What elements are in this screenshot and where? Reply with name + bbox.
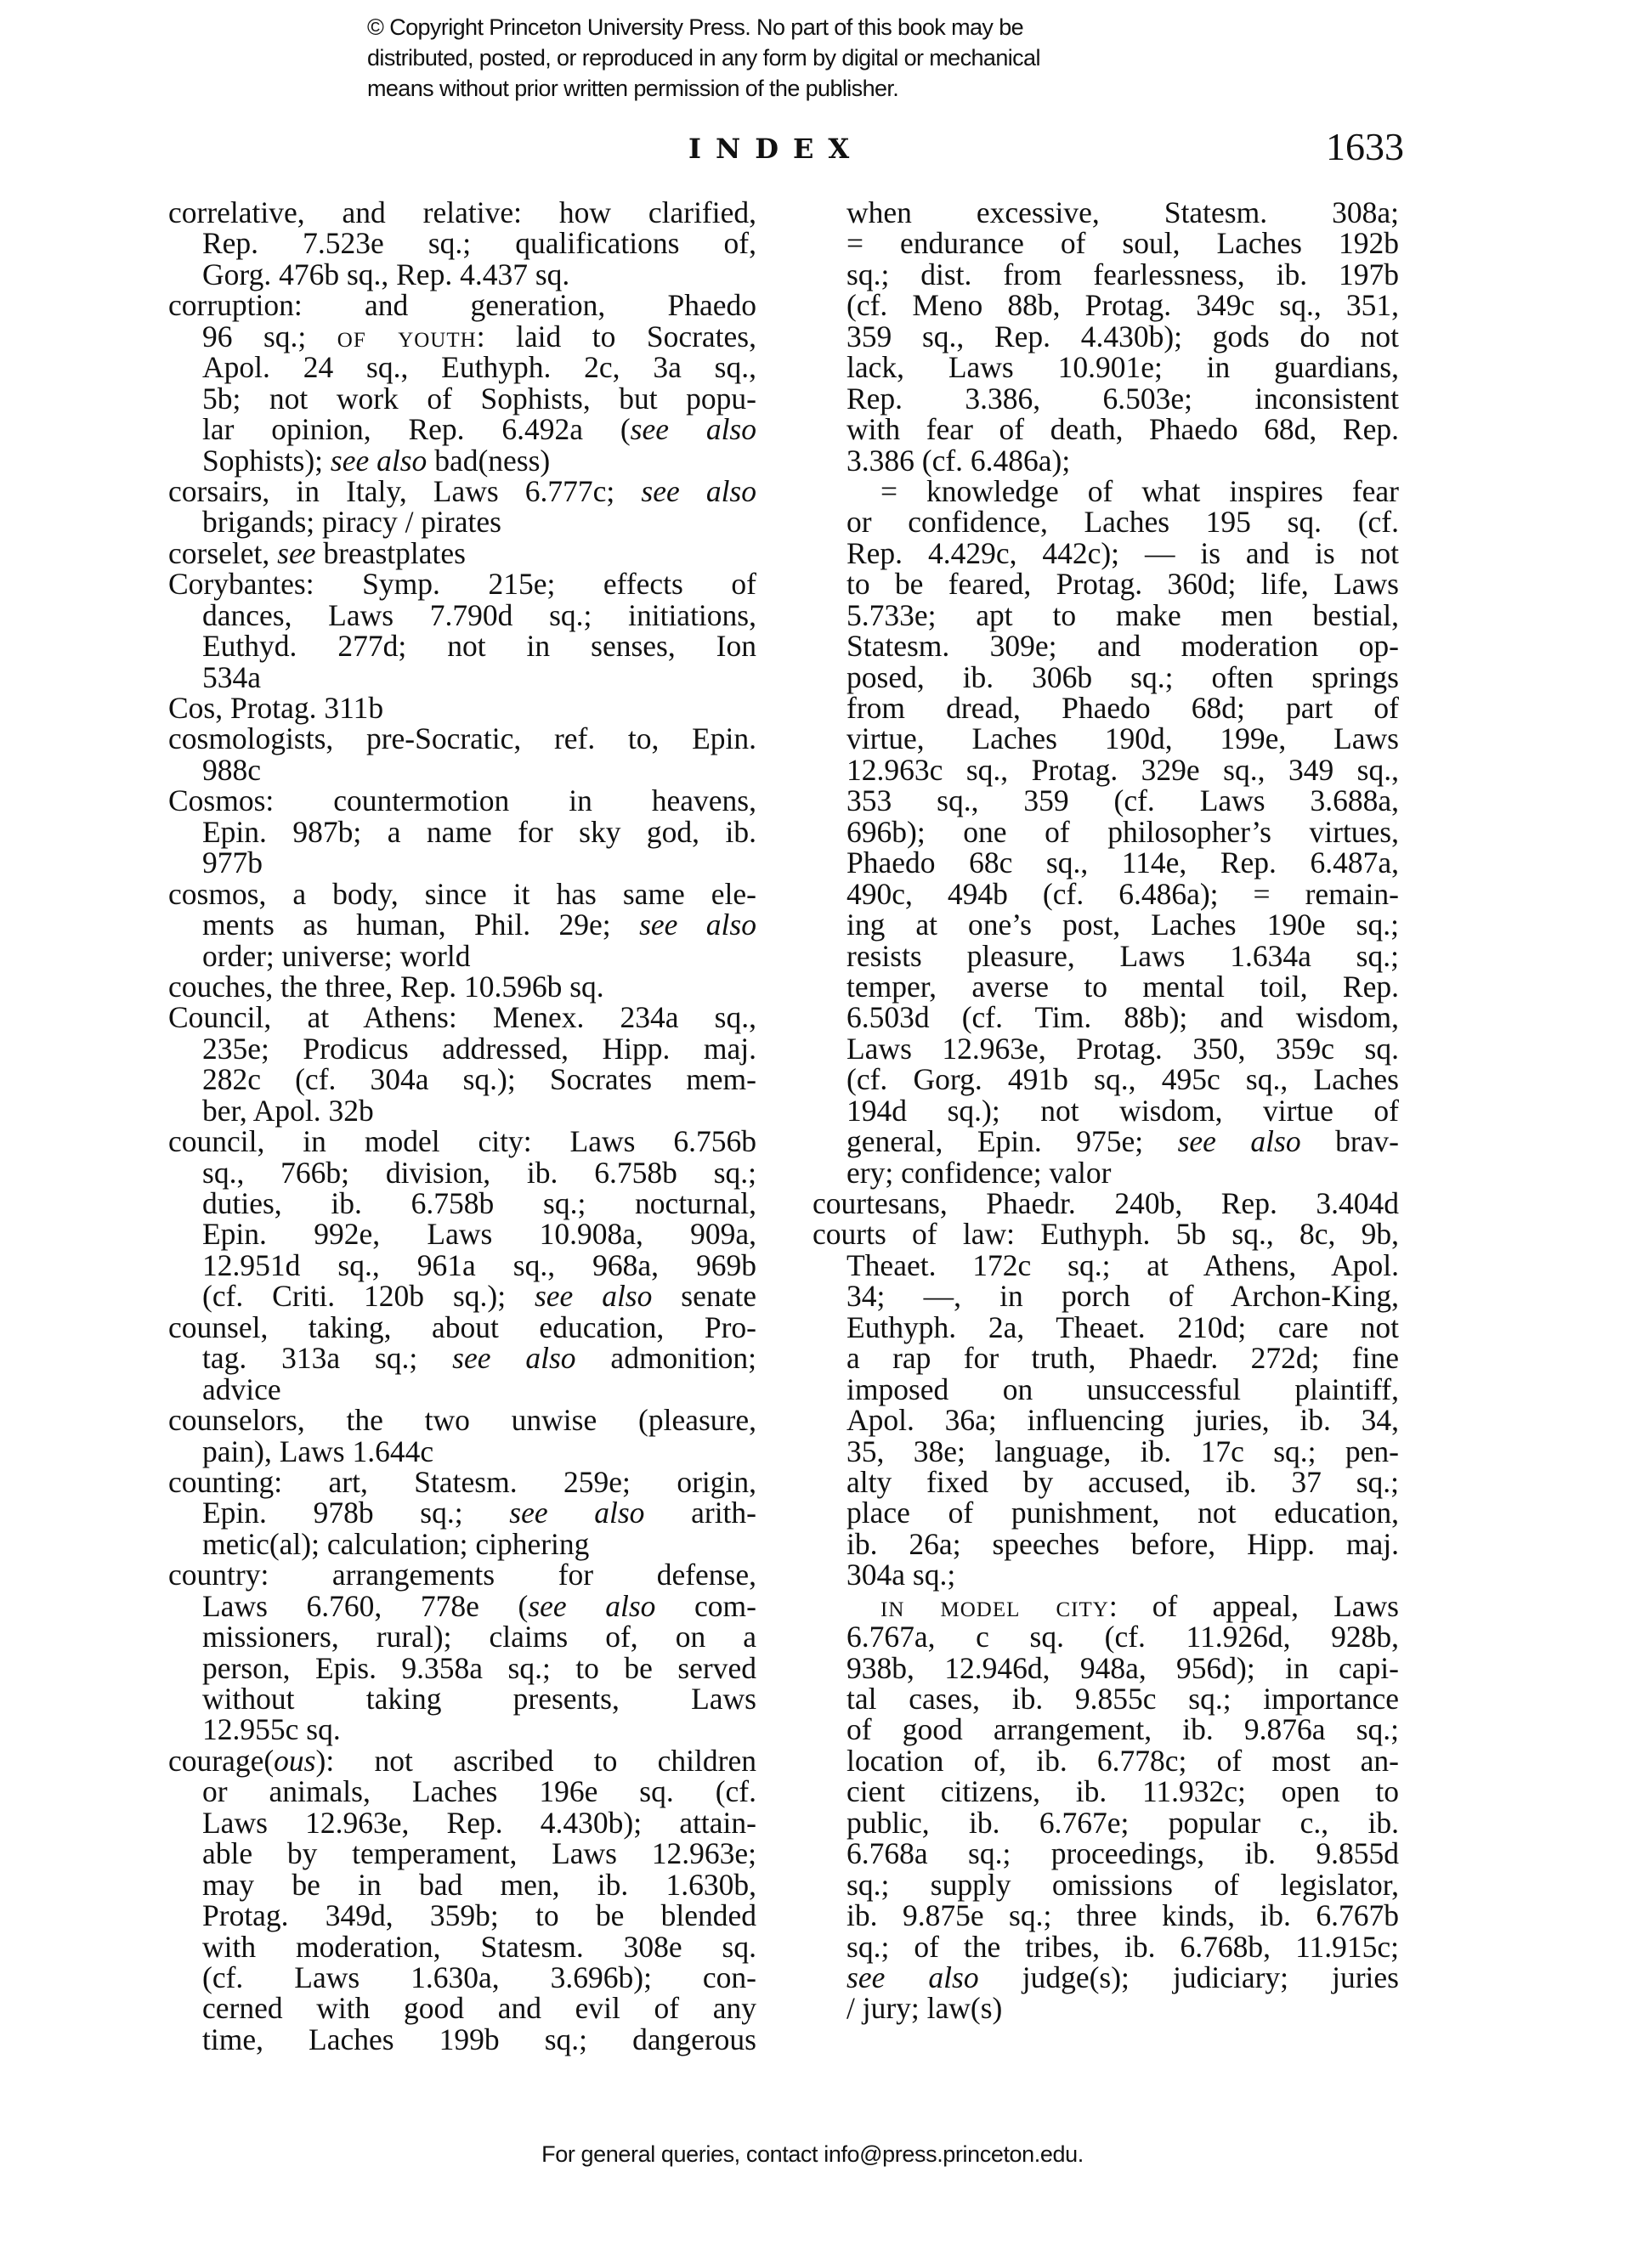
index-line: location of, ib. 6.778c; of most an- [812, 1745, 1399, 1776]
index-line: courtesans, Phaedr. 240b, Rep. 3.404d [812, 1188, 1399, 1219]
text-run: time, Laches 199b sq.; dangerous [202, 2022, 756, 2056]
italic-text: see also [1178, 1124, 1301, 1158]
text-run: (cf. Gorg. 491b sq., 495c sq., Laches [846, 1062, 1399, 1096]
text-run: counting: art, Statesm. 259e; origin, [168, 1465, 756, 1499]
text-run: location of, ib. 6.778c; of most an- [846, 1744, 1399, 1778]
text-run: counsel, taking, about education, Pro- [168, 1310, 756, 1344]
index-line: Laws 6.760, 778e (see also com- [168, 1591, 756, 1621]
index-line: posed, ib. 306b sq.; often springs [812, 662, 1399, 693]
index-line: pain), Laws 1.644c [168, 1436, 756, 1467]
index-line: ib. 26a; speeches before, Hipp. maj. [812, 1529, 1399, 1559]
index-line: a rap for truth, Phaedr. 272d; fine [812, 1343, 1399, 1373]
text-run: 977b [202, 846, 263, 879]
text-run: Theaet. 172c sq.; at Athens, Apol. [846, 1248, 1399, 1282]
index-line: time, Laches 199b sq.; dangerous [168, 2024, 756, 2055]
index-line: 359 sq., Rep. 4.430b); gods do not [812, 321, 1399, 352]
index-line: couches, the three, Rep. 10.596b sq. [168, 971, 756, 1002]
text-run: 696b); one of philosopher’s virtues, [846, 815, 1399, 849]
index-line: of good arrangement, ib. 9.876a sq.; [812, 1714, 1399, 1745]
text-run: (cf. Laws 1.630a, 3.696b); con- [202, 1960, 756, 1994]
text-run: Apol. 24 sq., Euthyph. 2c, 3a sq., [202, 350, 756, 384]
index-line: Epin. 978b sq.; see also arith- [168, 1497, 756, 1528]
copyright-line: means without prior written permission o… [367, 73, 1183, 104]
index-line: sq.; dist. from fearlessness, ib. 197b [812, 259, 1399, 290]
index-line: cient citizens, ib. 11.932c; open to [812, 1776, 1399, 1807]
text-run: corruption: and generation, Phaedo [168, 288, 756, 322]
text-run: general, Epin. 975e; [846, 1124, 1178, 1158]
italic-text: see also [639, 908, 756, 942]
text-run: arith- [644, 1496, 756, 1530]
index-line: Laws 12.963e, Rep. 4.430b); attain- [168, 1807, 756, 1838]
index-line: corselet, see breastplates [168, 538, 756, 568]
index-line: 194d sq.); not wisdom, virtue of [812, 1095, 1399, 1126]
index-line: metic(al); calculation; ciphering [168, 1529, 756, 1559]
index-line: Council, at Athens: Menex. 234a sq., [168, 1002, 756, 1032]
text-run: cosmos, a body, since it has same ele- [168, 877, 756, 911]
text-run: counselors, the two unwise (pleasure, [168, 1403, 756, 1437]
text-run: resists pleasure, Laws 1.634a sq.; [846, 939, 1399, 973]
text-run: pain), Laws 1.644c [202, 1434, 433, 1468]
text-run: ib. 26a; speeches before, Hipp. maj. [846, 1527, 1399, 1561]
text-run: without taking presents, Laws [202, 1682, 756, 1716]
italic-text: see also [528, 1589, 655, 1623]
text-run: 6.503d (cf. Tim. 88b); and wisdom, [846, 1000, 1399, 1034]
text-run: lack, Laws 10.901e; in guardians, [846, 350, 1399, 384]
text-run: Corybantes: Symp. 215e; effects of [168, 567, 756, 601]
index-line: Cos, Protag. 311b [168, 693, 756, 723]
text-run: 35, 38e; language, ib. 17c sq.; pen- [846, 1434, 1399, 1468]
index-line: ments as human, Phil. 29e; see also [168, 909, 756, 940]
text-run: couches, the three, Rep. 10.596b sq. [168, 970, 604, 1004]
text-run: 6.767a, c sq. (cf. 11.926d, 928b, [846, 1620, 1399, 1654]
index-line: 304a sq.; [812, 1559, 1399, 1590]
index-line: = knowledge of what inspires fear [812, 476, 1399, 506]
text-run: sq.; of the tribes, ib. 6.768b, 11.915c; [846, 1930, 1399, 1964]
text-run: correlative, and relative: how clarified… [168, 195, 756, 229]
index-line: Euthyph. 2a, Theaet. 210d; care not [812, 1312, 1399, 1343]
index-line: duties, ib. 6.758b sq.; nocturnal, [168, 1188, 756, 1219]
text-run: a rap for truth, Phaedr. 272d; fine [846, 1341, 1399, 1375]
index-line: 12.951d sq., 961a sq., 968a, 969b [168, 1250, 756, 1281]
text-run: Protag. 349d, 359b; to be blended [202, 1898, 756, 1932]
index-line: Phaedo 68c sq., 114e, Rep. 6.487a, [812, 847, 1399, 878]
text-run: of good arrangement, ib. 9.876a sq.; [846, 1712, 1399, 1746]
index-line: 6.503d (cf. Tim. 88b); and wisdom, [812, 1002, 1399, 1032]
index-line: Theaet. 172c sq.; at Athens, Apol. [812, 1250, 1399, 1281]
copyright-line: distributed, posted, or reproduced in an… [367, 42, 1183, 73]
text-run: brigands; piracy / pirates [202, 505, 501, 539]
index-line: 5.733e; apt to make men bestial, [812, 600, 1399, 631]
text-run: when excessive, Statesm. 308a; [846, 195, 1399, 229]
text-run: Epin. 992e, Laws 10.908a, 909a, [202, 1217, 756, 1251]
index-line: Laws 12.963e, Protag. 350, 359c sq. [812, 1033, 1399, 1064]
index-line: 353 sq., 359 (cf. Laws 3.688a, [812, 785, 1399, 816]
index-line: tal cases, ib. 9.855c sq.; importance [812, 1683, 1399, 1714]
text-run: missioners, rural); claims of, on a [202, 1620, 756, 1654]
index-line: Euthyd. 277d; not in senses, Ion [168, 631, 756, 661]
running-title: INDEX [688, 133, 863, 165]
text-run: Laws 12.963e, Rep. 4.430b); attain- [202, 1806, 756, 1840]
text-run: metic(al); calculation; ciphering [202, 1527, 589, 1561]
index-line: = endurance of soul, Laches 192b [812, 228, 1399, 258]
text-run: sq.; supply omissions of legislator, [846, 1868, 1399, 1902]
text-run: Sophists); [202, 444, 331, 478]
text-run: cient citizens, ib. 11.932c; open to [846, 1774, 1399, 1808]
index-line: counsel, taking, about education, Pro- [168, 1312, 756, 1343]
index-line: lack, Laws 10.901e; in guardians, [812, 352, 1399, 382]
index-line: ber, Apol. 32b [168, 1095, 756, 1126]
footer-contact: For general queries, contact info@press.… [0, 2141, 1625, 2168]
index-line: 34; —, in porch of Archon-King, [812, 1281, 1399, 1311]
index-line: Rep. 7.523e sq.; qualifications of, [168, 228, 756, 258]
index-line: without taking presents, Laws [168, 1683, 756, 1714]
text-run: 6.768a sq.; proceedings, ib. 9.855d [846, 1836, 1399, 1870]
index-line: 696b); one of philosopher’s virtues, [812, 817, 1399, 847]
index-line: sq., 766b; division, ib. 6.758b sq.; [168, 1157, 756, 1188]
index-line: country: arrangements for defense, [168, 1559, 756, 1590]
index-line: ery; confidence; valor [812, 1157, 1399, 1188]
index-line: alty fixed by accused, ib. 37 sq.; [812, 1467, 1399, 1497]
index-line: lar opinion, Rep. 6.492a (see also [168, 414, 756, 444]
text-run: 359 sq., Rep. 4.430b); gods do not [846, 320, 1399, 353]
text-run: ib. 9.875e sq.; three kinds, ib. 6.767b [846, 1898, 1399, 1932]
index-line: order; universe; world [168, 941, 756, 971]
text-run: = knowledge of what inspires fear [880, 474, 1399, 508]
italic-text: see also [331, 444, 427, 478]
text-run: ber, Apol. 32b [202, 1094, 374, 1128]
index-line: see also judge(s); judiciary; juries [812, 1962, 1399, 1993]
text-run: advice [202, 1372, 281, 1406]
text-run: lar opinion, Rep. 6.492a ( [202, 412, 631, 446]
text-run: Phaedo 68c sq., 114e, Rep. 6.487a, [846, 846, 1399, 879]
index-line: Sophists); see also bad(ness) [168, 445, 756, 476]
text-run: or animals, Laches 196e sq. (cf. [202, 1774, 756, 1808]
index-line: Rep. 4.429c, 442c); — is and is not [812, 538, 1399, 568]
index-line: correlative, and relative: how clarified… [168, 197, 756, 228]
text-run: 490c, 494b (cf. 6.486a); = remain- [846, 877, 1399, 911]
text-run: 282c (cf. 304a sq.); Socrates mem- [202, 1062, 756, 1096]
index-line: corruption: and generation, Phaedo [168, 290, 756, 320]
text-run: 12.963c sq., Protag. 329e sq., 349 sq., [846, 753, 1399, 787]
text-run: breastplates [315, 536, 465, 570]
text-run: courtesans, Phaedr. 240b, Rep. 3.404d [812, 1186, 1399, 1220]
text-run: brav- [1301, 1124, 1399, 1158]
text-run: 12.955c sq. [202, 1712, 341, 1746]
index-line: Gorg. 476b sq., Rep. 4.437 sq. [168, 259, 756, 290]
index-line: ib. 9.875e sq.; three kinds, ib. 6.767b [812, 1900, 1399, 1931]
copyright-notice: © Copyright Princeton University Press. … [367, 12, 1183, 104]
text-run: alty fixed by accused, ib. 37 sq.; [846, 1465, 1399, 1499]
index-line: advice [168, 1374, 756, 1405]
text-run: 96 sq.; [202, 320, 337, 353]
text-run: sq.; dist. from fearlessness, ib. 197b [846, 257, 1399, 291]
index-line: 5b; not work of Sophists, but popu- [168, 383, 756, 414]
index-line: (cf. Criti. 120b sq.); see also senate [168, 1281, 756, 1311]
text-run: corsairs, in Italy, Laws 6.777c; [168, 474, 641, 508]
index-line: person, Epis. 9.358a sq.; to be served [168, 1653, 756, 1683]
text-run: admonition; [576, 1341, 756, 1375]
index-line: able by temperament, Laws 12.963e; [168, 1838, 756, 1869]
text-run: with fear of death, Phaedo 68d, Rep. [846, 412, 1399, 446]
text-run: to be feared, Protag. 360d; life, Laws [846, 567, 1399, 601]
index-line: sq.; supply omissions of legislator, [812, 1869, 1399, 1900]
text-run: Rep. 7.523e sq.; qualifications of, [202, 226, 756, 260]
index-line: temper, averse to mental toil, Rep. [812, 971, 1399, 1002]
index-line: with moderation, Statesm. 308e sq. [168, 1931, 756, 1962]
index-line: Apol. 36a; influencing juries, ib. 34, [812, 1405, 1399, 1435]
text-run: virtue, Laches 190d, 199e, Laws [846, 721, 1399, 755]
index-line: from dread, Phaedo 68d; part of [812, 693, 1399, 723]
italic-text: ous [274, 1744, 315, 1778]
index-line: Apol. 24 sq., Euthyph. 2c, 3a sq., [168, 352, 756, 382]
text-run: ery; confidence; valor [846, 1156, 1111, 1190]
text-run: ing at one’s post, Laches 190e sq.; [846, 908, 1399, 942]
text-run: Epin. 987b; a name for sky god, ib. [202, 815, 756, 849]
text-run: (cf. Meno 88b, Protag. 349c sq., 351, [846, 288, 1399, 322]
text-run: Epin. 978b sq.; [202, 1496, 509, 1530]
italic-text: see also [641, 474, 756, 508]
index-line: public, ib. 6.767e; popular c., ib. [812, 1807, 1399, 1838]
small-caps-text: in model city [880, 1589, 1109, 1623]
text-run: Council, at Athens: Menex. 234a sq., [168, 1000, 756, 1034]
italic-text: see also [631, 412, 756, 446]
index-line: 235e; Prodicus addressed, Hipp. maj. [168, 1033, 756, 1064]
text-run: 194d sq.); not wisdom, virtue of [846, 1094, 1399, 1128]
index-line: 12.963c sq., Protag. 329e sq., 349 sq., [812, 755, 1399, 785]
index-line: or animals, Laches 196e sq. (cf. [168, 1776, 756, 1807]
index-line: 977b [168, 847, 756, 878]
text-run: cerned with good and evil of any [202, 1991, 756, 2025]
text-run: courts of law: Euthyph. 5b sq., 8c, 9b, [812, 1217, 1399, 1251]
text-run: ments as human, Phil. 29e; [202, 908, 639, 942]
italic-text: see [277, 536, 315, 570]
index-line: counting: art, Statesm. 259e; origin, [168, 1467, 756, 1497]
text-run: 988c [202, 753, 261, 787]
text-run: 304a sq.; [846, 1558, 955, 1592]
index-line: (cf. Laws 1.630a, 3.696b); con- [168, 1962, 756, 1993]
text-run: Cos, Protag. 311b [168, 691, 383, 725]
text-run: 5b; not work of Sophists, but popu- [202, 382, 756, 416]
text-run: bad(ness) [427, 444, 550, 478]
text-run: courage( [168, 1744, 274, 1778]
index-line: or confidence, Laches 195 sq. (cf. [812, 506, 1399, 537]
index-line: Epin. 987b; a name for sky god, ib. [168, 817, 756, 847]
text-run: 3.386 (cf. 6.486a); [846, 444, 1070, 478]
index-line: courts of law: Euthyph. 5b sq., 8c, 9b, [812, 1219, 1399, 1249]
page-number: 1633 [1326, 124, 1404, 169]
index-line: 12.955c sq. [168, 1714, 756, 1745]
italic-text: see also [509, 1496, 644, 1530]
text-run: duties, ib. 6.758b sq.; nocturnal, [202, 1186, 756, 1220]
text-run: senate [652, 1279, 756, 1313]
index-line: 534a [168, 662, 756, 693]
text-run: Rep. 3.386, 6.503e; inconsistent [846, 382, 1399, 416]
text-run: may be in bad men, ib. 1.630b, [202, 1868, 756, 1902]
index-line: 282c (cf. 304a sq.); Socrates mem- [168, 1064, 756, 1094]
text-run: with moderation, Statesm. 308e sq. [202, 1930, 756, 1964]
index-line: Epin. 992e, Laws 10.908a, 909a, [168, 1219, 756, 1249]
index-line: virtue, Laches 190d, 199e, Laws [812, 723, 1399, 754]
text-run: 5.733e; apt to make men bestial, [846, 598, 1399, 632]
index-line: 490c, 494b (cf. 6.486a); = remain- [812, 879, 1399, 909]
index-line: 938b, 12.946d, 948a, 956d); in capi- [812, 1653, 1399, 1683]
text-run: Euthyd. 277d; not in senses, Ion [202, 629, 756, 663]
text-run: Laws 6.760, 778e ( [202, 1589, 528, 1623]
text-run: public, ib. 6.767e; popular c., ib. [846, 1806, 1399, 1840]
index-column-right: when excessive, Statesm. 308a;= enduranc… [812, 197, 1399, 2024]
index-line: when excessive, Statesm. 308a; [812, 197, 1399, 228]
index-line: 35, 38e; language, ib. 17c sq.; pen- [812, 1436, 1399, 1467]
text-run: cosmologists, pre-Socratic, ref. to, Epi… [168, 721, 756, 755]
text-run: order; universe; world [202, 939, 470, 973]
text-run: com- [655, 1589, 756, 1623]
index-line: imposed on unsuccessful plaintiff, [812, 1374, 1399, 1405]
index-line: (cf. Gorg. 491b sq., 495c sq., Laches [812, 1064, 1399, 1094]
index-line: general, Epin. 975e; see also brav- [812, 1126, 1399, 1157]
copyright-line: © Copyright Princeton University Press. … [367, 12, 1183, 42]
text-run: corselet, [168, 536, 277, 570]
index-line: in model city: of appeal, Laws [812, 1591, 1399, 1621]
index-line: place of punishment, not education, [812, 1497, 1399, 1528]
index-line: (cf. Meno 88b, Protag. 349c sq., 351, [812, 290, 1399, 320]
italic-text: see also [846, 1960, 979, 1994]
text-run: Rep. 4.429c, 442c); — is and is not [846, 536, 1399, 570]
text-run: tag. 313a sq.; [202, 1341, 452, 1375]
text-run: dances, Laws 7.790d sq.; initiations, [202, 598, 756, 632]
text-run: country: arrangements for defense, [168, 1558, 756, 1592]
text-run: ): not ascribed to children [316, 1744, 757, 1778]
index-line: council, in model city: Laws 6.756b [168, 1126, 756, 1157]
text-run: 235e; Prodicus addressed, Hipp. maj. [202, 1032, 756, 1066]
index-line: Protag. 349d, 359b; to be blended [168, 1900, 756, 1931]
index-line: cerned with good and evil of any [168, 1993, 756, 2023]
index-line: missioners, rural); claims of, on a [168, 1621, 756, 1652]
index-column-left: correlative, and relative: how clarified… [168, 197, 756, 2055]
text-run: Gorg. 476b sq., Rep. 4.437 sq. [202, 257, 569, 291]
index-line: sq.; of the tribes, ib. 6.768b, 11.915c; [812, 1931, 1399, 1962]
text-run: sq., 766b; division, ib. 6.758b sq.; [202, 1156, 756, 1190]
text-run: 353 sq., 359 (cf. Laws 3.688a, [846, 783, 1399, 817]
text-run: from dread, Phaedo 68d; part of [846, 691, 1399, 725]
text-run: 12.951d sq., 961a sq., 968a, 969b [202, 1248, 756, 1282]
italic-text: see also [535, 1279, 652, 1313]
index-line: courage(ous): not ascribed to children [168, 1745, 756, 1776]
text-run: place of punishment, not education, [846, 1496, 1399, 1530]
text-run: Laws 12.963e, Protag. 350, 359c sq. [846, 1032, 1399, 1066]
text-run: = endurance of soul, Laches 192b [846, 226, 1399, 260]
text-run: 534a [202, 660, 261, 694]
index-line: resists pleasure, Laws 1.634a sq.; [812, 941, 1399, 971]
index-line: counselors, the two unwise (pleasure, [168, 1405, 756, 1435]
text-run: imposed on unsuccessful plaintiff, [846, 1372, 1399, 1406]
text-run: Apol. 36a; influencing juries, ib. 34, [846, 1403, 1399, 1437]
small-caps-text: of youth [337, 320, 477, 353]
index-line: 3.386 (cf. 6.486a); [812, 445, 1399, 476]
text-run: person, Epis. 9.358a sq.; to be served [202, 1651, 756, 1685]
text-run: : laid to Socrates, [477, 320, 756, 353]
text-run: : of appeal, Laws [1109, 1589, 1399, 1623]
index-line: with fear of death, Phaedo 68d, Rep. [812, 414, 1399, 444]
italic-text: see also [452, 1341, 575, 1375]
text-run: temper, averse to mental toil, Rep. [846, 970, 1399, 1004]
index-line: 96 sq.; of youth: laid to Socrates, [168, 321, 756, 352]
index-line: Corybantes: Symp. 215e; effects of [168, 568, 756, 599]
text-run: tal cases, ib. 9.855c sq.; importance [846, 1682, 1399, 1716]
text-run: Cosmos: countermotion in heavens, [168, 783, 756, 817]
index-line: tag. 313a sq.; see also admonition; [168, 1343, 756, 1373]
text-run: able by temperament, Laws 12.963e; [202, 1836, 756, 1870]
text-run: judge(s); judiciary; juries [979, 1960, 1399, 1994]
text-run: posed, ib. 306b sq.; often springs [846, 660, 1399, 694]
index-line: may be in bad men, ib. 1.630b, [168, 1869, 756, 1900]
running-head: INDEX 1633 [0, 127, 1625, 178]
text-run: or confidence, Laches 195 sq. (cf. [846, 505, 1399, 539]
text-run: Statesm. 309e; and moderation op- [846, 629, 1399, 663]
text-run: 938b, 12.946d, 948a, 956d); in capi- [846, 1651, 1399, 1685]
text-run: council, in model city: Laws 6.756b [168, 1124, 756, 1158]
index-line: to be feared, Protag. 360d; life, Laws [812, 568, 1399, 599]
index-line: Cosmos: countermotion in heavens, [168, 785, 756, 816]
index-line: 6.767a, c sq. (cf. 11.926d, 928b, [812, 1621, 1399, 1652]
index-line: ing at one’s post, Laches 190e sq.; [812, 909, 1399, 940]
index-line: corsairs, in Italy, Laws 6.777c; see als… [168, 476, 756, 506]
index-line: / jury; law(s) [812, 1993, 1399, 2023]
text-run: / jury; law(s) [846, 1991, 1002, 2025]
text-run: 34; —, in porch of Archon-King, [846, 1279, 1399, 1313]
index-line: cosmos, a body, since it has same ele- [168, 879, 756, 909]
text-run: Euthyph. 2a, Theaet. 210d; care not [846, 1310, 1399, 1344]
index-line: 6.768a sq.; proceedings, ib. 9.855d [812, 1838, 1399, 1869]
index-line: 988c [168, 755, 756, 785]
index-line: Rep. 3.386, 6.503e; inconsistent [812, 383, 1399, 414]
index-line: Statesm. 309e; and moderation op- [812, 631, 1399, 661]
index-line: brigands; piracy / pirates [168, 506, 756, 537]
text-run: (cf. Criti. 120b sq.); [202, 1279, 535, 1313]
index-line: dances, Laws 7.790d sq.; initiations, [168, 600, 756, 631]
index-line: cosmologists, pre-Socratic, ref. to, Epi… [168, 723, 756, 754]
